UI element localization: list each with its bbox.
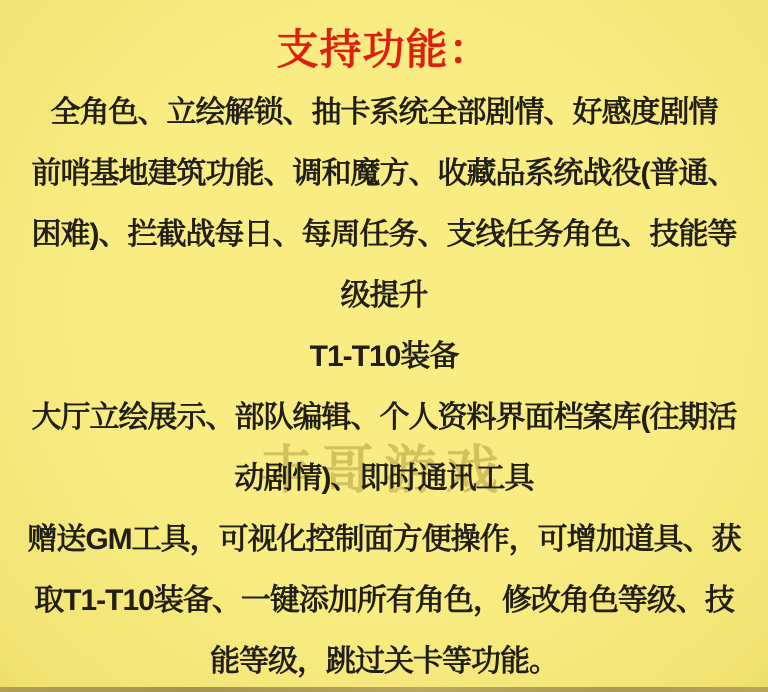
feature-line: 困难)、拦截战每日、每周任务、支线任务角色、技能等 bbox=[0, 204, 768, 265]
promo-image: 丰哥游戏 支持功能： 全角色、立绘解锁、抽卡系统全部剧情、好感度剧情 前哨基地建… bbox=[0, 0, 768, 692]
feature-line: T1-T10装备 bbox=[0, 326, 768, 387]
feature-line: 能等级，跳过关卡等功能。 bbox=[0, 631, 768, 692]
feature-list-content: 支持功能： 全角色、立绘解锁、抽卡系统全部剧情、好感度剧情 前哨基地建筑功能、调… bbox=[0, 0, 768, 692]
photo-bottom-edge bbox=[0, 687, 768, 692]
feature-line: 大厅立绘展示、部队编辑、个人资料界面档案库(往期活 bbox=[0, 387, 768, 448]
page-title: 支持功能： bbox=[0, 24, 768, 76]
feature-lines: 全角色、立绘解锁、抽卡系统全部剧情、好感度剧情 前哨基地建筑功能、调和魔方、收藏… bbox=[0, 82, 768, 692]
feature-line: 级提升 bbox=[0, 265, 768, 326]
feature-line: 取T1-T10装备、一键添加所有角色，修改角色等级、技 bbox=[0, 570, 768, 631]
feature-line: 全角色、立绘解锁、抽卡系统全部剧情、好感度剧情 bbox=[0, 82, 768, 143]
feature-line: 前哨基地建筑功能、调和魔方、收藏品系统战役(普通、 bbox=[0, 143, 768, 204]
feature-line: 赠送GM工具，可视化控制面方便操作，可增加道具、获 bbox=[0, 509, 768, 570]
feature-line: 动剧情)、即时通讯工具 bbox=[0, 448, 768, 509]
